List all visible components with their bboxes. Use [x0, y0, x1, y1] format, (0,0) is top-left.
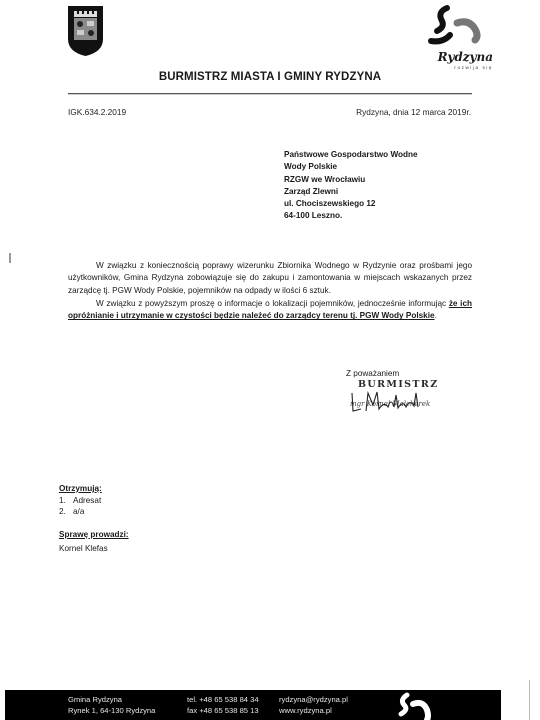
- logo-tagline: rozwija się: [430, 65, 493, 70]
- handled-by-name: Kornel Klefas: [59, 542, 129, 556]
- footer-address: Rynek 1, 64-130 Rydzyna: [68, 705, 155, 716]
- recipient-line: RZGW we Wrocławiu: [284, 174, 418, 186]
- recipient-line: Wody Polskie: [284, 161, 418, 173]
- recipient-line: 64-100 Leszno.: [284, 210, 418, 222]
- document-heading: BURMISTRZ MIASTA I GMINY RYDZYNA: [0, 71, 540, 83]
- reference-number: IGK.634.2.2019: [68, 107, 126, 117]
- handled-by: Sprawę prowadzi: Kornel Klefas: [59, 528, 129, 556]
- footer-email[interactable]: rydzyna@rydzyna.pl: [279, 694, 348, 705]
- paragraph-1-text: W związku z koniecznością poprawy wizeru…: [68, 261, 472, 295]
- footer-website[interactable]: www.rydzyna.pl: [279, 705, 348, 716]
- distribution-item: 2.a/a: [59, 506, 102, 518]
- logo-wordmark: Rydzyna: [418, 50, 493, 64]
- closing-phrase: Z poważaniem: [346, 369, 439, 378]
- signature-block: Z poważaniem BURMISTRZ mgr Kornel Malche…: [346, 369, 439, 417]
- rydzyna-swirl-logo-icon: [393, 692, 443, 720]
- recipient-line: ul. Chociszewskiego 12: [284, 198, 418, 210]
- distribution-heading: Otrzymują:: [59, 483, 102, 495]
- handwritten-signature-icon: [346, 387, 456, 417]
- paragraph-2-text: W związku z powyższym proszę o informacj…: [96, 299, 449, 308]
- letterhead-footer: Gmina Rydzyna Rynek 1, 64-130 Rydzyna te…: [5, 690, 501, 720]
- scan-artifact: [9, 253, 11, 263]
- recipient-line: Państwowe Gospodarstwo Wodne: [284, 149, 418, 161]
- footer-phone: tel. +48 65 538 84 34: [187, 694, 259, 705]
- paragraph-2-end: .: [435, 311, 437, 320]
- handled-by-heading: Sprawę prowadzi:: [59, 528, 129, 542]
- body-paragraph-1: W związku z koniecznością poprawy wizeru…: [68, 260, 472, 297]
- recipient-line: Zarząd Zlewni: [284, 186, 418, 198]
- header-divider: [68, 93, 472, 94]
- body-paragraph-2: W związku z powyższym proszę o informacj…: [68, 298, 472, 323]
- distribution-item: 1.Adresat: [59, 495, 102, 507]
- scan-edge: [529, 680, 530, 720]
- distribution-list: Otrzymują: 1.Adresat 2.a/a: [59, 483, 102, 518]
- recipient-address: Państwowe Gospodarstwo Wodne Wody Polski…: [284, 149, 418, 223]
- coat-of-arms-icon: [67, 5, 104, 57]
- footer-fax: fax +48 65 538 85 13: [187, 705, 259, 716]
- footer-org: Gmina Rydzyna: [68, 694, 155, 705]
- place-and-date: Rydzyna, dnia 12 marca 2019r.: [356, 107, 471, 117]
